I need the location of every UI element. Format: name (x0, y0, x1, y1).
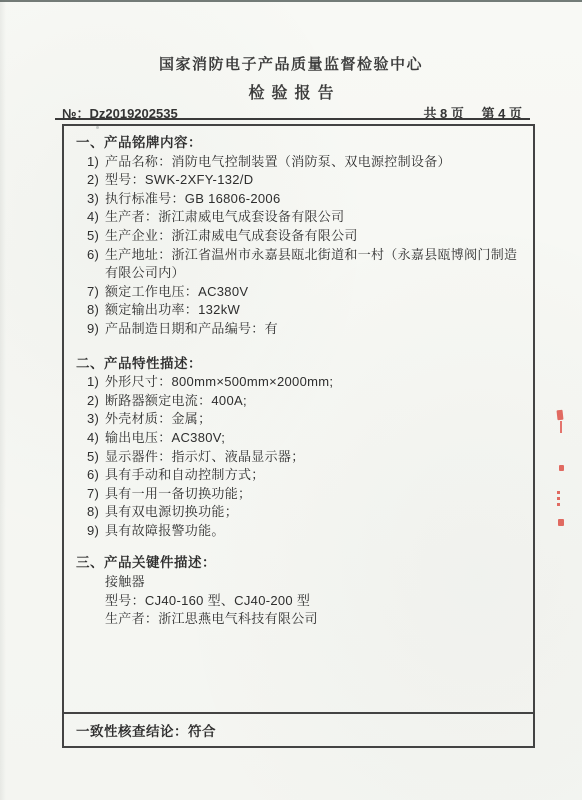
list-item: 1)外形尺寸：800mm×500mm×2000mm; (76, 373, 521, 392)
item-number: 6) (87, 246, 105, 265)
feature-items: 1)外形尺寸：800mm×500mm×2000mm;2)断路器额定电流：400A… (76, 373, 521, 540)
item-number: 2) (87, 392, 105, 411)
item-number: 9) (87, 320, 105, 339)
item-number: 4) (87, 208, 105, 227)
item-text: 输出电压：AC380V; (105, 430, 225, 445)
list-item: 7)额定工作电压：AC380V (76, 283, 521, 302)
item-text: 生产者：浙江思燕电气科技有限公司 (105, 611, 318, 626)
list-item: 4)生产者：浙江肃威电气成套设备有限公司 (76, 208, 521, 227)
item-number: 4) (87, 429, 105, 448)
red-ink-mark (558, 519, 564, 526)
item-text: 具有故障报警功能。 (105, 523, 225, 538)
list-item: 5)显示器件：指示灯、液晶显示器； (76, 448, 521, 467)
list-item: 1)产品名称：消防电气控制装置（消防泵、双电源控制设备） (76, 153, 521, 172)
item-text: 接触器 (105, 574, 145, 589)
item-text: 生产者：浙江肃威电气成套设备有限公司 (105, 209, 344, 224)
item-text: 外壳材质：金属； (105, 411, 211, 426)
list-item: 3)执行标准号：GB 16806-2006 (76, 190, 521, 209)
item-text: 具有手动和自动控制方式； (105, 467, 265, 482)
item-number: 9) (87, 522, 105, 541)
section-features: 二、产品特性描述： 1)外形尺寸：800mm×500mm×2000mm;2)断路… (76, 355, 521, 541)
list-item: 接触器 (76, 573, 521, 592)
report-title: 检验报告 (0, 80, 582, 103)
report-body-main: 一、产品铭牌内容： 1)产品名称：消防电气控制装置（消防泵、双电源控制设备）2)… (64, 126, 533, 712)
item-number: 1) (87, 373, 105, 392)
list-item: 4)输出电压：AC380V; (76, 429, 521, 448)
item-text: 型号：SWK-2XFY-132/D (105, 172, 253, 187)
speck-artifact (96, 126, 99, 129)
conclusion-row: 一致性核查结论：符合 (64, 712, 533, 746)
conclusion-text: 一致性核查结论：符合 (76, 720, 216, 740)
item-number: 8) (87, 301, 105, 320)
item-text: 外形尺寸：800mm×500mm×2000mm; (105, 374, 333, 389)
item-text: 额定工作电压：AC380V (105, 284, 248, 299)
item-text: 产品制造日期和产品编号：有 (105, 321, 278, 336)
list-item: 8)具有双电源切换功能； (76, 503, 521, 522)
item-text: 型号：CJ40-160 型、CJ40-200 型 (105, 593, 310, 608)
item-text: 额定输出功率：132kW (105, 302, 240, 317)
list-item: 7)具有一用一备切换功能； (76, 485, 521, 504)
item-text: 具有双电源切换功能； (105, 504, 238, 519)
red-ink-mark (560, 421, 562, 433)
red-ink-mark (559, 465, 564, 471)
item-number: 3) (87, 190, 105, 209)
list-item: 9)具有故障报警功能。 (76, 522, 521, 541)
item-text: 具有一用一备切换功能； (105, 486, 251, 501)
list-item: 2)型号：SWK-2XFY-132/D (76, 171, 521, 190)
header-rule (55, 118, 530, 120)
item-number: 5) (87, 448, 105, 467)
list-item: 9)产品制造日期和产品编号：有 (76, 320, 521, 339)
list-item: 生产者：浙江思燕电气科技有限公司 (76, 610, 521, 629)
item-text: 断路器额定电流：400A; (105, 393, 247, 408)
scanned-report-page: 国家消防电子产品质量监督检验中心 检验报告 №：Dz2019202535 共 8… (0, 0, 582, 800)
item-text: 产品名称：消防电气控制装置（消防泵、双电源控制设备） (105, 154, 451, 169)
item-text: 显示器件：指示灯、液晶显示器； (105, 449, 305, 464)
nameplate-items: 1)产品名称：消防电气控制装置（消防泵、双电源控制设备）2)型号：SWK-2XF… (76, 153, 521, 339)
item-text: 生产地址：浙江省温州市永嘉县瓯北街道和一村（永嘉县瓯博阀门制造有限公司内） (105, 247, 517, 281)
org-title: 国家消防电子产品质量监督检验中心 (0, 53, 582, 74)
item-number: 6) (87, 466, 105, 485)
list-item: 6)生产地址：浙江省温州市永嘉县瓯北街道和一村（永嘉县瓯博阀门制造有限公司内） (76, 246, 521, 283)
item-number: 1) (87, 153, 105, 172)
scan-edge-top (0, 0, 582, 2)
item-text: 执行标准号：GB 16806-2006 (105, 191, 281, 206)
key-component-items: 接触器型号：CJ40-160 型、CJ40-200 型生产者：浙江思燕电气科技有… (76, 573, 521, 629)
list-item: 2)断路器额定电流：400A; (76, 392, 521, 411)
item-number: 7) (87, 485, 105, 504)
item-number: 8) (87, 503, 105, 522)
list-item: 6)具有手动和自动控制方式； (76, 466, 521, 485)
section-key-components: 三、产品关键件描述： 接触器型号：CJ40-160 型、CJ40-200 型生产… (76, 554, 521, 628)
item-number: 5) (87, 227, 105, 246)
section-heading: 二、产品特性描述： (76, 355, 521, 374)
item-number: 7) (87, 283, 105, 302)
item-text: 生产企业：浙江肃威电气成套设备有限公司 (105, 228, 358, 243)
list-item: 5)生产企业：浙江肃威电气成套设备有限公司 (76, 227, 521, 246)
item-number: 3) (87, 410, 105, 429)
section-heading: 一、产品铭牌内容： (76, 134, 521, 153)
report-body-box: 一、产品铭牌内容： 1)产品名称：消防电气控制装置（消防泵、双电源控制设备）2)… (62, 124, 535, 748)
red-ink-mark (557, 491, 560, 507)
list-item: 8)额定输出功率：132kW (76, 301, 521, 320)
list-item: 型号：CJ40-160 型、CJ40-200 型 (76, 592, 521, 611)
list-item: 3)外壳材质：金属； (76, 410, 521, 429)
item-number: 2) (87, 171, 105, 190)
section-heading: 三、产品关键件描述： (76, 554, 521, 573)
section-nameplate: 一、产品铭牌内容： 1)产品名称：消防电气控制装置（消防泵、双电源控制设备）2)… (76, 134, 521, 339)
red-ink-mark (556, 410, 563, 421)
